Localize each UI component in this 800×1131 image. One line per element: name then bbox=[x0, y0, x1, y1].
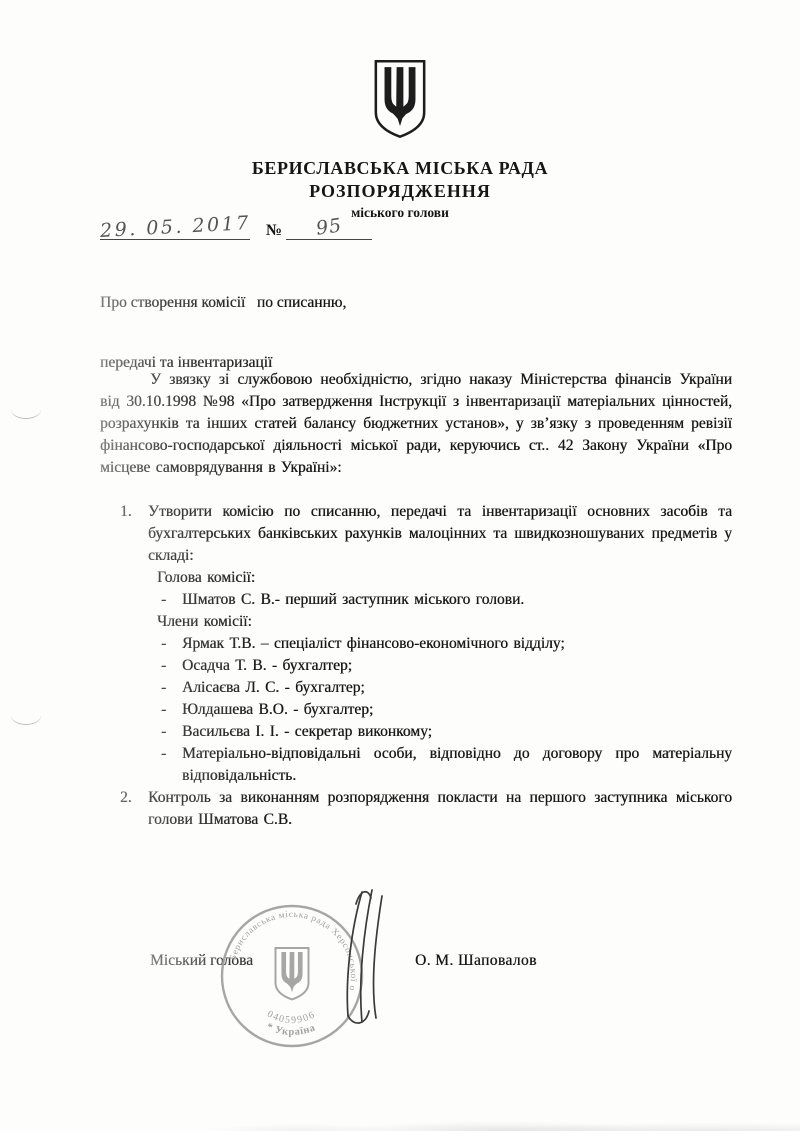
member-text: Васильєва І. І. - секретар виконкому; bbox=[182, 723, 432, 740]
commission-member: - Осадча Т. В. - бухгалтер; bbox=[100, 655, 732, 677]
item-number: 2. bbox=[120, 787, 132, 809]
commission-member: - Алісаєва Л. С. - бухгалтер; bbox=[100, 677, 732, 699]
date-number-line: 29. 05. 2017№95 bbox=[100, 216, 372, 240]
scan-artifact-arc bbox=[11, 706, 41, 725]
organization-name: БЕРИСЛАВСЬКА МІСЬКА РАДА bbox=[0, 158, 800, 179]
document-body: У звязку зі службовою необхідністю, згід… bbox=[100, 369, 732, 831]
number-field: 95 bbox=[286, 216, 372, 240]
ukraine-trident-emblem-icon bbox=[371, 58, 429, 140]
date-field: 29. 05. 2017 bbox=[100, 216, 250, 240]
commission-head-label: Голова комісії: bbox=[100, 567, 732, 589]
stamp-trident-emblem-icon bbox=[276, 948, 309, 999]
decree-item-2: 2. Контроль за виконанням розпорядження … bbox=[100, 787, 732, 831]
member-text: Осадча Т. В. - бухгалтер; bbox=[182, 657, 352, 674]
handwritten-date: 29. 05. 2017 bbox=[100, 212, 252, 242]
commission-members-label: Члени комісії: bbox=[100, 611, 732, 633]
member-text: Шматов С. В.- перший заступник міського … bbox=[182, 591, 524, 608]
document-type-title: РОЗПОРЯДЖЕННЯ bbox=[0, 181, 800, 202]
subject-line-1: Про створення комісії по списанню, bbox=[100, 293, 520, 313]
member-text: Матеріально-відповідальні особи, відпові… bbox=[182, 745, 732, 784]
item-number: 1. bbox=[120, 501, 132, 523]
commission-member: - Матеріально-відповідальні особи, відпо… bbox=[100, 743, 732, 787]
scanned-document-page: БЕРИСЛАВСЬКА МІСЬКА РАДА РОЗПОРЯДЖЕННЯ м… bbox=[0, 0, 800, 1131]
commission-member: - Шматов С. В.- перший заступник міськог… bbox=[100, 589, 732, 611]
handwritten-signature bbox=[332, 884, 394, 1032]
dash-marker: - bbox=[161, 633, 166, 655]
commission-member: - Ярмак Т.В. – спеціаліст фінансово-екон… bbox=[100, 633, 732, 655]
dash-marker: - bbox=[161, 699, 166, 721]
dash-marker: - bbox=[161, 589, 166, 611]
item-text: Контроль за виконанням розпорядження пок… bbox=[148, 789, 732, 828]
number-sign-label: № bbox=[266, 222, 282, 239]
commission-member: - Юлдашева В.О. - бухгалтер; bbox=[100, 699, 732, 721]
scan-noise-band bbox=[0, 1101, 800, 1131]
dash-marker: - bbox=[161, 721, 166, 743]
preamble-paragraph: У звязку зі службовою необхідністю, згід… bbox=[100, 369, 732, 479]
commission-member: - Васильєва І. І. - секретар виконкому; bbox=[100, 721, 732, 743]
item-text: Утворити комісію по списанню, передачі т… bbox=[148, 503, 732, 564]
member-text: Ярмак Т.В. – спеціаліст фінансово-економ… bbox=[182, 635, 565, 652]
decree-items-list: 1. Утворити комісію по списанню, передач… bbox=[100, 501, 732, 831]
dash-marker: - bbox=[161, 743, 166, 765]
member-text: Алісаєва Л. С. - бухгалтер; bbox=[182, 679, 365, 696]
signer-name: О. М. Шаповалов bbox=[415, 952, 537, 970]
dash-marker: - bbox=[161, 655, 166, 677]
decree-item-1: 1. Утворити комісію по списанню, передач… bbox=[100, 501, 732, 567]
dash-marker: - bbox=[161, 677, 166, 699]
handwritten-number: 95 bbox=[315, 214, 344, 239]
member-text: Юлдашева В.О. - бухгалтер; bbox=[182, 701, 373, 718]
document-header: БЕРИСЛАВСЬКА МІСЬКА РАДА РОЗПОРЯДЖЕННЯ м… bbox=[0, 58, 800, 221]
scan-artifact-arc bbox=[11, 400, 41, 419]
